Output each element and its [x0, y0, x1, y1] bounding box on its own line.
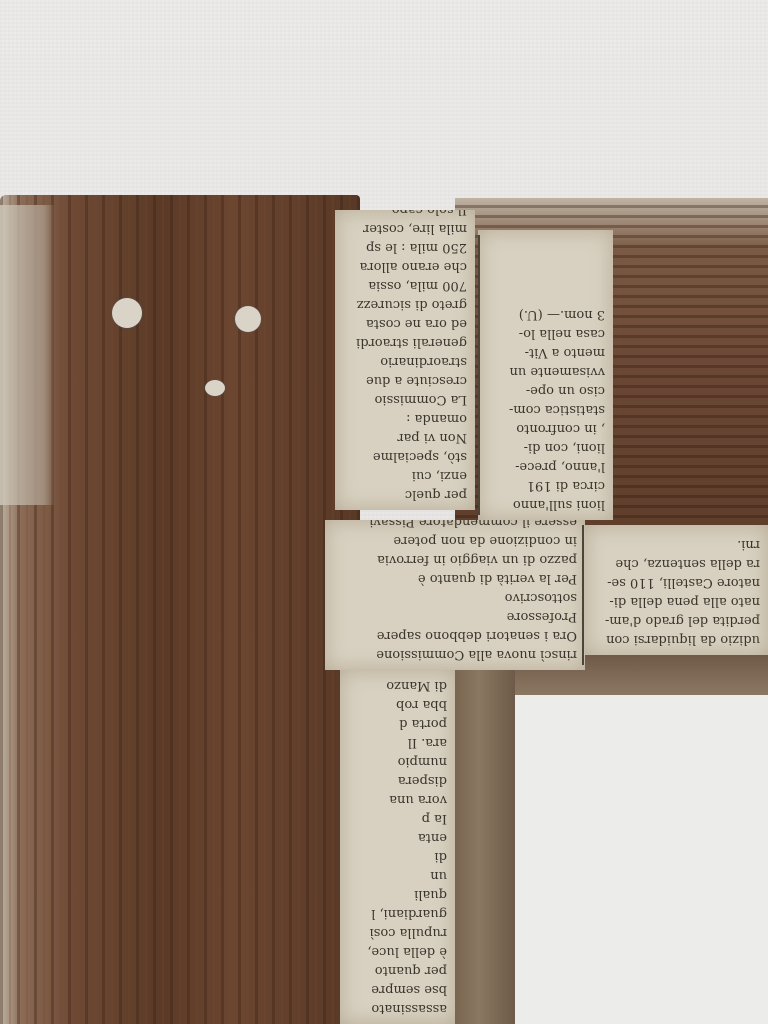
newspaper-fragment: per quelc enzi, cui stò, specialme Non v…: [335, 210, 475, 510]
frame-opening: [515, 695, 768, 1024]
column-rule: [478, 235, 480, 515]
nail-head: [205, 380, 225, 396]
gesso-patch: [0, 205, 55, 505]
newspaper-fragment: rinscì nuova alla Commissione Ora i sena…: [325, 520, 585, 670]
frame-left-rail: [0, 195, 360, 1024]
frame-inner-molding-left: [455, 660, 515, 1024]
column-rule: [582, 525, 584, 665]
nail-head: [112, 298, 142, 328]
nail-head: [235, 306, 261, 332]
newspaper-fragment: assassinato bse sempre per quanto è dell…: [340, 670, 455, 1024]
newspaper-fragment: udizio da liquidarsi con perdita del gra…: [585, 525, 768, 655]
newspaper-fragment: lioni sull'anno circa di 191 l'anno, pre…: [478, 230, 613, 520]
